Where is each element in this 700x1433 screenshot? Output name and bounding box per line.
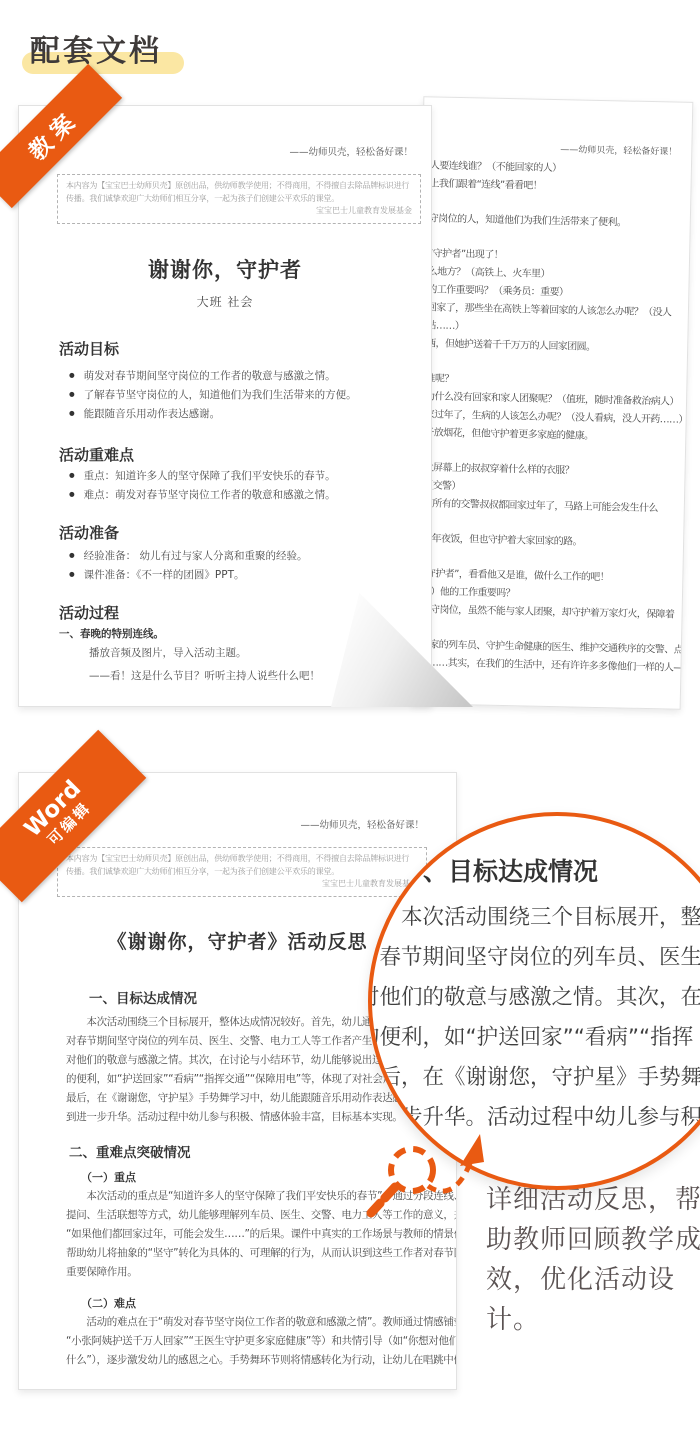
document-title: 谢谢你，守护者 [19,254,431,284]
text-line: 人……其实，在我们的生活中，还有许许多多像他们一样的人——公交司机、 [419,654,693,685]
magnified-text: 一、目标达成情况 本次活动围绕三个目标展开，整体对春节期间坚守岗位的列车员、医生… [368,852,700,1138]
text-group: 归家的列车员、守护生命健康的医生、维护交通秩序的交警、点亮万家人……其实，在我们… [419,636,693,685]
subsection-difficulty-heading: （二）难点 [81,1295,136,1311]
text-line: 课件准备：《不一样的团圆》PPT。 [69,565,429,584]
page-header-slogan: ——幼师贝壳，轻松备好课！ [300,817,424,831]
text-group: 人要连线谁？（不能回家的人）上我们跟着“连线”看看吧！ [429,157,693,206]
section-2-heading: 二、重难点突破情况 [69,1141,191,1161]
text-line: 传播。我们诚挚欢迎广大幼师们相互分享，一起为孩子们创建公平欢乐的课堂。 [66,193,412,206]
text-group: 谁呢？为什么没有回家和家人团聚呢？（值班，随时准备救治病人）家过年了，生病的人该… [424,370,693,455]
text-line: 坚守岗位，虽然不能与家人团聚，却守护着万家灯火，保障着 [420,601,693,632]
copyright-notice-box: 本内容为【宝宝巴士幼师贝壳】原创出品，供幼师教学使用；不得商用，不得擅自去除品牌… [57,174,421,224]
magnifier-doodle-icon [348,1124,513,1249]
preparation-list: 经验准备： 幼儿有过与家人分离和重聚的经验。课件准备：《不一样的团圆》PPT。 [69,546,429,584]
text-line: ——看！这是什么节目？听听主持人说些什么吧！ [89,665,320,688]
text-line: 什么”），逐步激发幼儿的感恩之心。手势舞环节则将情感转化为行动，让幼儿在唱跳中体… [66,1351,457,1370]
text-line: 上我们跟着“连线”看看吧！ [429,175,693,206]
promo-section: 配套文档 ——幼师贝壳，轻松备好课！ 人要连线谁？（不能回家的人）上我们跟着“连… [0,0,700,1433]
text-line: 了解春节坚守岗位的人，知道他们为我们生活带来的方便。 [69,385,429,404]
caption-text: 详细活动反思，帮助教师回顾教学成效，优化活动设计。 [486,1180,700,1340]
text-line: “小张阿姨护送千万人回家”“王医生守护更多家庭健康”等）和共情引导（如“你想对他… [66,1332,457,1351]
text-line: 重点：知道许多人的坚守保障了我们平安快乐的春节。 [69,466,429,485]
text-group: 守岗位的人，知道他们为我们生活带来了便利。 [429,210,694,241]
text-line: 本内容为【宝宝巴士幼师贝壳】原创出品，供幼师教学使用；不得商用，不得擅自去除品牌… [66,180,412,193]
preparation-heading: 活动准备 [59,522,119,543]
text-line: 经验准备： 幼儿有过与家人分离和重聚的经验。 [69,546,429,565]
text-line: 重要保障作用。 [66,1263,457,1282]
process-lines: 播放音频及图片，导入活动主题。——看！这是什么节目？听听主持人说些什么吧！ [89,642,320,688]
magnified-lines: 本次活动围绕三个目标展开，整体对春节期间坚守岗位的列车员、医生、交警对他们的敬意… [368,898,700,1138]
text-line: 传播。我们诚挚欢迎广大幼师们相互分享，一起为孩子们创建公平欢乐的课堂。 [66,866,418,879]
text-line: 的便利，如“护送回家”“看病”“指挥 [368,1018,700,1058]
text-line: 萌发对春节期间坚守岗位的工作者的敬意与感激之情。 [69,366,429,385]
text-group: “守护者”出现了！么地方？（高铁上、火车里）的工作重要吗？（乘务员：重要）回家了… [426,245,693,366]
text-line: 吃年夜饭，但也守护着大家回家的路。 [422,530,693,561]
text-line: 西，但她护送着千千万万的人回家团圆。 [426,335,693,366]
magnified-heading: 一、目标达成情况 [368,852,700,888]
page-2-text: 人要连线谁？（不能回家的人）上我们跟着“连线”看看吧！守岗位的人，知道他们为我们… [419,157,693,701]
page-header-slogan: ——幼师贝壳，轻松备好课！ [560,142,677,157]
text-group: 大屏幕上的叔叔穿着什么样的衣服？（交警）夜所有的交警叔叔都回家过年了，马路上可能… [423,459,694,526]
text-line: 能跟随音乐用动作表达感谢。 [69,404,429,423]
goals-heading: 活动目标 [59,338,119,359]
text-line: 最后，在《谢谢您，守护星》手势舞学习 [368,1058,700,1098]
text-line: 活动的难点在于“萌发对春节坚守岗位工作者的敬意和感激之情”。教师通过情感铺垫（如 [66,1313,457,1332]
copyright-lines: 本内容为【宝宝巴士幼师贝壳】原创出品，供幼师教学使用；不得商用，不得擅自去除品牌… [66,180,412,205]
key-points-list: 重点：知道许多人的坚守保障了我们平安快乐的春节。难点：萌发对春节坚守岗位工作者的… [69,466,429,504]
process-step-1: 一、春晚的特别连线。 [59,626,164,641]
arrow-head [460,1134,484,1166]
section-1-heading: 一、目标达成情况 [89,987,197,1007]
text-group: 吃年夜饭，但也守护着大家回家的路。 [422,530,693,561]
text-line: 对春节期间坚守岗位的列车员、医生、交警 [368,938,700,978]
process-heading: 活动过程 [59,602,119,623]
document-subtitle: 大班 社会 [19,293,431,310]
text-line: 播放音频及图片，导入活动主题。 [89,642,320,665]
lesson-plan-page-2: ——幼师贝壳，轻松备好课！ 人要连线谁？（不能回家的人）上我们跟着“连线”看看吧… [411,96,694,710]
text-line: 守岗位的人，知道他们为我们生活带来了便利。 [429,210,694,241]
subsection-key-heading: （一）重点 [81,1169,136,1185]
text-group: “守护者”，看看他又是谁，做什么工作的吧！站）他的工作重要吗？坚守岗位，虽然不能… [420,565,693,632]
copyright-signature: 宝宝巴士儿童教育发展基金 [66,205,412,218]
key-points-heading: 活动重难点 [59,444,134,465]
text-line: 本次活动围绕三个目标展开，整体 [368,898,700,938]
section-title: 配套文档 [30,26,162,70]
lens-handle [371,1187,395,1213]
copyright-lines: 本内容为【宝宝巴士幼师贝壳】原创出品，供幼师教学使用；不得商用，不得擅自去除品牌… [66,853,418,878]
text-line: 对他们的敬意与感激之情。其次，在讨论与 [368,978,700,1018]
subsection-difficulty-paragraph: 活动的难点在于“萌发对春节坚守岗位工作者的敬意和感激之情”。教师通过情感铺垫（如… [66,1313,457,1370]
goals-list: 萌发对春节期间坚守岗位的工作者的敬意与感激之情。了解春节坚守岗位的人，知道他们为… [69,366,429,423]
text-line: 难点：萌发对春节坚守岗位工作者的敬意和感激之情。 [69,485,429,504]
copyright-signature: 宝宝巴士儿童教育发展基金 [66,878,418,891]
reflection-preview: ——幼师贝壳，轻松备好课！ 本内容为【宝宝巴士幼师贝壳】原创出品，供幼师教学使用… [18,772,700,1422]
text-line: 本内容为【宝宝巴士幼师贝壳】原创出品，供幼师教学使用；不得商用，不得擅自去除品牌… [66,853,418,866]
page-header-slogan: ——幼师贝壳，轻松备好课！ [289,144,413,158]
text-line: 夜所有的交警叔叔都回家过年了，马路上可能会发生什么 [423,495,694,526]
lesson-plan-preview: ——幼师贝壳，轻松备好课！ 人要连线谁？（不能回家的人）上我们跟着“连线”看看吧… [18,105,685,705]
